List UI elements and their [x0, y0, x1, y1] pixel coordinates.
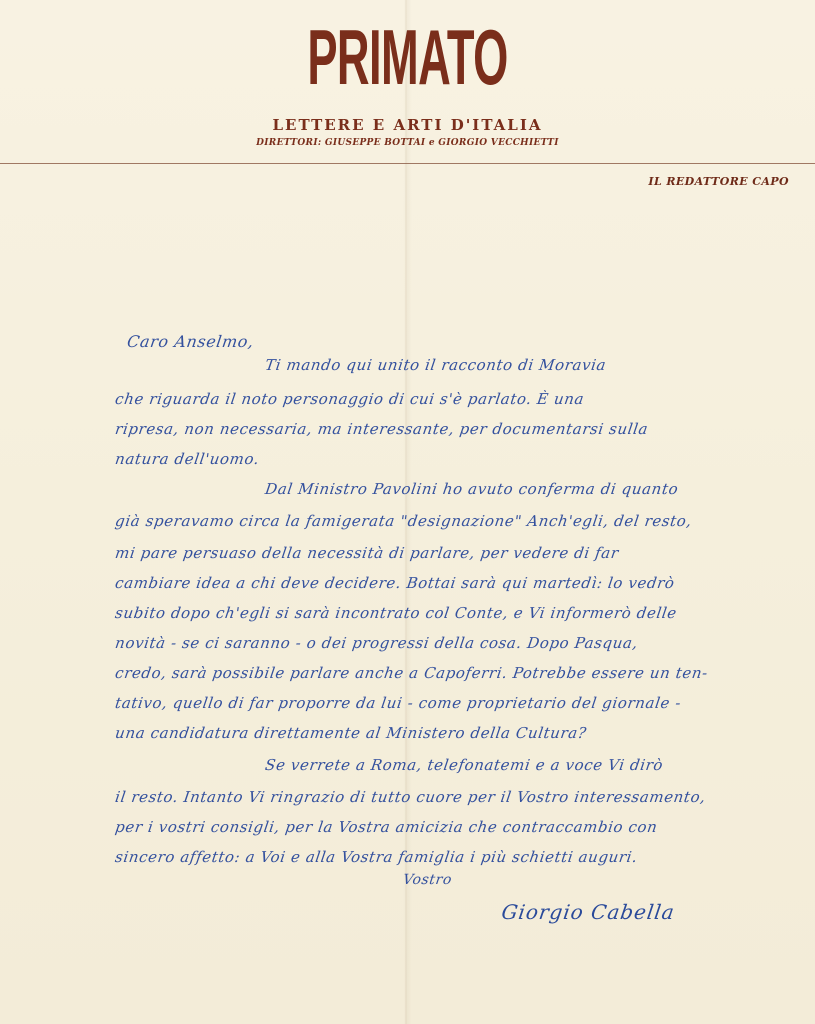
letter-line: credo, sarà possibile parlare anche a Ca…	[114, 664, 709, 682]
letter-line: Ti mando qui unito il racconto di Moravi…	[264, 356, 607, 374]
letter-line: subito dopo ch'egli si sarà incontrato c…	[114, 604, 678, 622]
letter-line: cambiare idea a chi deve decidere. Botta…	[114, 574, 676, 592]
letter-line: natura dell'uomo.	[114, 450, 261, 468]
letter-line: per i vostri consigli, per la Vostra ami…	[114, 818, 659, 836]
letter-line: il resto. Intanto Vi ringrazio di tutto …	[114, 788, 707, 806]
letter-line: ripresa, non necessaria, ma interessante…	[114, 420, 649, 438]
letter-line: Se verrete a Roma, telefonatemi e a voce…	[264, 756, 664, 774]
closing: Vostro	[402, 872, 453, 888]
letter-line: Dal Ministro Pavolini ho avuto conferma …	[264, 480, 680, 498]
letter-line: già speravamo circa la famigerata "desig…	[114, 512, 693, 530]
letter-line: mi pare persuaso della necessità di parl…	[114, 544, 620, 562]
handwritten-letter: Caro Anselmo, Ti mando qui unito il racc…	[0, 0, 815, 1024]
signature: Giorgio Cabella	[500, 900, 677, 924]
letter-line: una candidatura direttamente al Minister…	[114, 724, 588, 742]
letter-line: novità - se ci saranno - o dei progressi…	[114, 634, 639, 652]
salutation: Caro Anselmo,	[126, 332, 255, 351]
letter-line: sincero affetto: a Voi e alla Vostra fam…	[114, 848, 639, 866]
letter-line: che riguarda il noto personaggio di cui …	[114, 390, 585, 408]
letter-line: tativo, quello di far proporre da lui - …	[114, 694, 682, 712]
